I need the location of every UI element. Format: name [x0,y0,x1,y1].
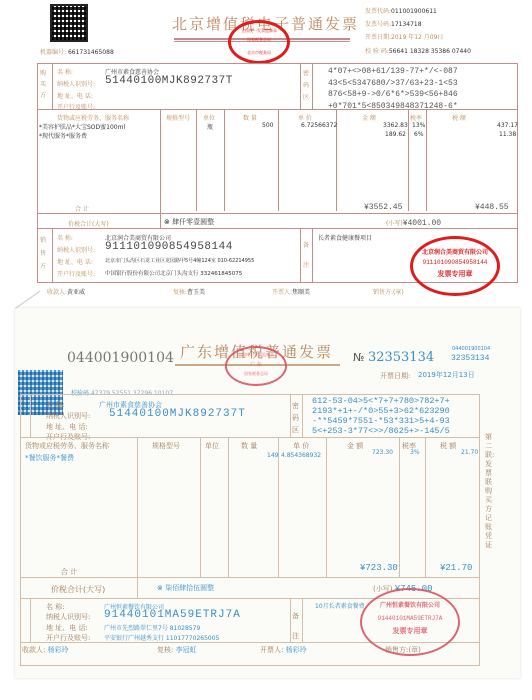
item-tax: 21.70 [461,449,478,456]
seller-bank-label: 开户行及账号: [57,269,95,278]
seal-top-text: 全国统一发票监制章 [227,352,285,358]
title-seal-stamp: 全国统一发票监制章 广 东 国家税务总局 [225,346,287,386]
buyer-name-label: 名 称: [46,400,65,410]
col-header-spec: 规格型号 [166,113,190,122]
cipher-line: +0*701*5<850349848371248-6* [328,101,458,113]
remark-text: 10月长者素食餐费 [315,601,365,610]
divider [312,228,313,283]
divider [278,109,279,211]
divider [20,437,480,438]
issuer: 开票人:焦顺美 [272,287,310,296]
divider [137,437,138,598]
cipher-line: 5<+253-3*77<>>/8625+>-145/5 [312,426,450,436]
circle-x-icon: ⊗ [164,218,170,226]
divider [196,109,197,211]
grand-total-words: ⊗ 柒佰肆拾伍圆整 [157,583,214,593]
item-rate: 3% [410,449,420,456]
item-name: *现代服务*服务费 [39,131,87,140]
seller-taxid: 911101090854958144 [105,241,233,253]
item-amount: 3362.83 [383,122,408,129]
buyer-address-label: 地 址、电 话: [57,91,93,100]
grand-total-label: 价税合计(大写) [68,219,109,228]
divider [399,437,400,577]
grand-words-value: 肆仟零壹圆整 [172,218,214,226]
payee-label: 收款人: [47,289,67,296]
invoice-date: 开票日期:2019 年12 月09日 [365,32,443,41]
invoice-number: 发票号码:17134718 [365,19,422,28]
divider [426,109,427,211]
seller-sign-label: 销售方:(章) [385,645,421,655]
invoice-code-label: 发票代码: [365,8,391,15]
divider [408,109,409,211]
machine-no-label: 机器编号: [40,49,66,56]
col-header-amount: 金 额 [362,113,376,122]
col-header-qty: 数 量 [243,113,257,122]
col-header-tax: 税 额 [440,441,456,451]
item-price: 6.72566372 [301,122,337,129]
seller-invoice-stamp: 北京润合美商贸有限公司 911101090854958144 发票专用章 [410,236,500,296]
stamp-type: 发票专用章 [413,269,497,279]
check-code-label: 校 验 码: [365,48,389,55]
col-header-unit: 单位 [203,113,215,122]
cipher-line: 876<58+9->0/6*6*>539<56+846 [328,89,458,101]
item-tax: 437.17 [497,122,518,129]
reviewer-label: 复核: [157,646,173,654]
seller-taxid-label: 纳税人识别号: [57,245,95,254]
issuer-label: 开票人: [260,646,283,654]
total-tax: ¥448.55 [475,203,509,212]
item-qty: 500 [262,122,273,129]
seller-sign-label: 销售方:(章) [373,287,404,296]
reviewer: 复核:曹玉美 [173,287,205,296]
col-header-unit: 单位 [205,441,219,451]
cipher-line: 612-53-04>5<*7+7+780>782+7+ [312,396,450,406]
remark-text: 长者素食健康餐项目 [318,233,372,242]
divider [290,394,291,437]
divider [300,63,301,109]
cipher-line: 4*07+<>08+61/139-77+*/<-087 [328,66,458,78]
buyer-taxid: 51440100MJK892737T [109,408,246,420]
invoice-date: 2019年12月13日 [418,370,475,380]
grand-words-value: 柒佰肆拾伍圆整 [165,584,214,592]
col-header-spec: 规格型号 [152,441,180,451]
issuer-label: 开票人: [272,289,292,296]
item-tax: 11.38 [499,131,516,138]
divider [312,63,313,109]
invoice-number-value: 17134718 [391,21,422,28]
seller-taxid: 91440101MA59ETRJ7A [104,609,241,621]
buyer-taxid: 51440100MJK892737T [105,75,233,87]
seller-side-label: 销售方 [40,234,50,273]
total-tax: ¥21.70 [440,563,472,573]
issuer: 开票人: 杨彩玲 [260,645,307,655]
reviewer-label: 复核: [173,289,187,296]
issuer-value: 杨彩玲 [286,646,307,654]
item-rate: 13% [412,122,425,129]
item-name: *美容护肤品*大宝SOD蜜100ml [39,122,125,131]
invoice-code-small: 044001900104 [452,346,490,352]
item-rate: 6% [414,131,424,138]
cipher-line: -**5459*7551-*53*331>5+4-93 [312,416,450,426]
invoice-code: 发票代码:011001900611 [365,6,437,15]
divider [160,109,161,228]
invoice-number-label: 发票号码: [365,21,391,28]
seller-address: 广州市先烈路翠仁里7号 81028579 [104,623,200,632]
cipher-area: 612-53-04>5<*7+7+780>782+7+ 2193*+1+-/*0… [312,396,450,436]
payee: 收款人:黄亚威 [47,287,85,296]
number-symbol: № [353,351,364,364]
divider [52,63,53,109]
item-name: *餐饮服务*餐费 [25,453,74,463]
machine-number: 机器编号: 661731465088 [40,47,114,56]
col-header-name: 货物或应税劳务、服务名称 [57,113,129,122]
divider [224,109,225,211]
reviewer: 复核: 李冠虹 [157,645,197,655]
grand-total-words: ⊗ 肆仟零壹圆整 [164,217,214,227]
item-amount: 189.62 [385,131,406,138]
seller-address-label: 地 址、电 话: [57,257,93,266]
seal-bottom-text: 国家税务总局 [227,371,285,377]
seal-middle-text: 广 东 [227,361,285,368]
payee-value: 杨彩玲 [48,646,69,654]
divider [52,228,53,283]
stamp-type: 发票专用章 [362,626,458,636]
stamp-company: 广州恒素餐饮有限公司 [362,600,458,609]
grand-small-value: ¥4001.00 [403,219,441,228]
col-header-price: 单 价 [293,441,309,451]
issuer-value: 焦顺美 [292,289,310,296]
divider [37,213,518,214]
item-amount: 723.30 [372,449,393,456]
qr-code [50,4,88,42]
invoice-date-label: 开票日期: [365,34,391,41]
seal-bottom-text: 北京市税务局 [231,50,287,56]
divider [200,437,201,577]
total-label: 合 计 [61,567,77,577]
grand-total-small: (小写)¥4001.00 [386,218,441,228]
cipher-label: 密码区 [292,400,300,436]
buyer-taxid-label: 纳税人识别号: [57,79,95,88]
check-code: 校 验 码:56641 18328 35386 07440 [365,46,471,55]
stamp-taxid: 911101090854958144 [413,259,497,266]
invoice-code-value: 011001900611 [391,8,437,15]
remark-label: 备注 [292,606,300,646]
invoice-guangdong: 044001900104 广东增值税普通发票 全国统一发票监制章 广 东 国家税… [15,308,520,678]
remark-label: 备注 [303,236,311,276]
grand-total-label: 价税合计(大写) [51,584,105,595]
payee: 收款人: 杨彩玲 [22,645,69,655]
col-header-amount: 金 额 [347,441,363,451]
invoice-date-label: 开票日期: [380,371,410,381]
seller-taxid-label: 纳税人识别号: [46,612,90,622]
buyer-name-label: 名 称: [57,67,73,76]
seller-bank: 中国银行股份有限公司北京门头沟支行 332461845075 [105,269,242,277]
seal-middle-text: 国家税务总局 [231,37,287,43]
seller-address: 北京市门头沟区石龙工业区龙园路甲5号4幢124室 010-62214955 [105,257,254,264]
item-unit: 瓶 [207,122,213,131]
cipher-area: 4*07+<>08+61/139-77+*/<-087 43<5<5347680… [328,66,458,112]
total-amount: ¥723.30 [360,563,398,573]
divider [30,394,31,437]
col-header-price: 单 价 [298,113,312,122]
seal-top-text: 全国统一发票监制章 [231,28,287,34]
invoice-number: 32353134 [368,350,434,365]
col-header-tax: 税 额 [452,113,466,122]
col-header-rate: 税率 [410,113,422,122]
invoice-number-small: 32353134 [451,354,489,363]
item-price: 4.854368932 [281,452,321,459]
payee-label: 收款人: [22,646,45,654]
divider [20,577,480,578]
check-code-value: 56641 18328 35386 07440 [389,48,471,55]
divider [37,228,518,229]
machine-no-value: 661731465088 [68,49,114,56]
invoice-code: 044001900104 [67,350,174,366]
reviewer-value: 李冠虹 [176,646,197,654]
payee-value: 黄亚威 [67,289,85,296]
circle-x-icon: ⊗ [157,584,163,592]
seller-address-label: 地 址、电 话: [46,623,88,633]
total-amount: ¥3552.45 [364,203,402,212]
stamp-company: 北京润合美商贸有限公司 [413,247,497,256]
stamp-taxid: 91440101MA59ETRJ7A [362,615,458,622]
col-header-name: 货物或应税劳务、服务名称 [25,441,109,451]
invoice-date-value: 2019 年12 月09日 [391,34,443,41]
invoice-beijing: 机器编号: 661731465088 北京增值税电子普通发票 全国统一发票监制章… [0,0,532,300]
divider [425,437,426,577]
item-qty: 149 [267,452,278,459]
copy-side-note: 第二联:发票联 购买方记账凭证 [485,433,494,550]
divider [326,437,327,577]
divider [300,228,301,283]
title-seal-stamp: 全国统一发票监制章 国家税务总局 北京市税务局 [228,20,290,64]
buyer-side-label: 购买方 [40,68,50,101]
cipher-line: 43<5<5347680/>37/63+23-1<53 [328,78,458,90]
divider [302,394,303,437]
cipher-line: 2193*+1+-/*0>55+3>62*623290 [312,406,450,416]
reviewer-value: 曹玉美 [187,289,205,296]
divider [30,598,31,642]
divider [290,598,291,642]
total-label: 合 计 [75,204,89,213]
seller-name-label: 名 称: [46,602,65,612]
seller-name-label: 名 称: [57,233,73,242]
divider [228,437,229,577]
cipher-label: 密码区 [303,68,311,104]
grand-small-label: (小写) [386,220,403,227]
buyer-taxid-label: 纳税人识别号: [46,411,90,421]
seller-bank: 平安银行广州越秀支行 11017770265005 [104,633,219,642]
buyer-address-label: 地 址、电 话: [46,422,88,432]
divider [302,598,303,642]
col-header-qty: 数 量 [241,441,257,451]
number-block: № 32353134 [353,350,434,365]
